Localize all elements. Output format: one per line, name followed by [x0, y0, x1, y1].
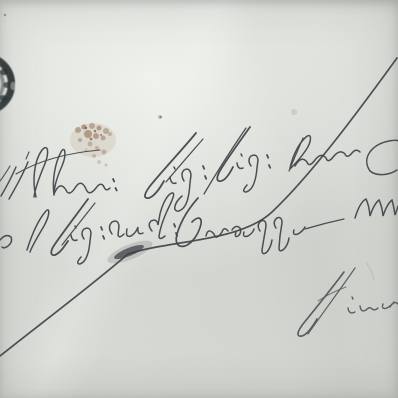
stain-spot [75, 127, 81, 133]
paper-grain-texture [0, 0, 398, 398]
paper-fleck [160, 116, 162, 118]
stain-spot [95, 146, 99, 150]
stain-spot [78, 138, 82, 142]
stain-spot [88, 142, 93, 147]
stain-spot [97, 160, 101, 164]
stain-spot [93, 133, 99, 139]
letter-photo: partial circular postmark at left edge r… [0, 0, 398, 398]
letter-artwork: partial circular postmark at left edge r… [0, 0, 398, 398]
stain-spot [92, 154, 96, 158]
postmark-wear [11, 82, 16, 90]
stain-spot [108, 132, 112, 136]
stain-speck [90, 138, 93, 141]
stain-spot [102, 150, 107, 155]
stain-speck [100, 134, 102, 136]
stain-speck [85, 127, 87, 129]
postmark-mark [0, 69, 8, 75]
stain-spot [97, 126, 102, 131]
paper-speck [4, 14, 7, 17]
stain-speck [94, 130, 97, 133]
stain-spot [103, 128, 109, 134]
stain-spot [84, 130, 92, 138]
stain-spot [105, 164, 108, 167]
stain-spot [89, 123, 95, 129]
paper-fleck [291, 109, 297, 115]
postmark-mark [3, 82, 10, 88]
stain-spot [101, 136, 106, 141]
